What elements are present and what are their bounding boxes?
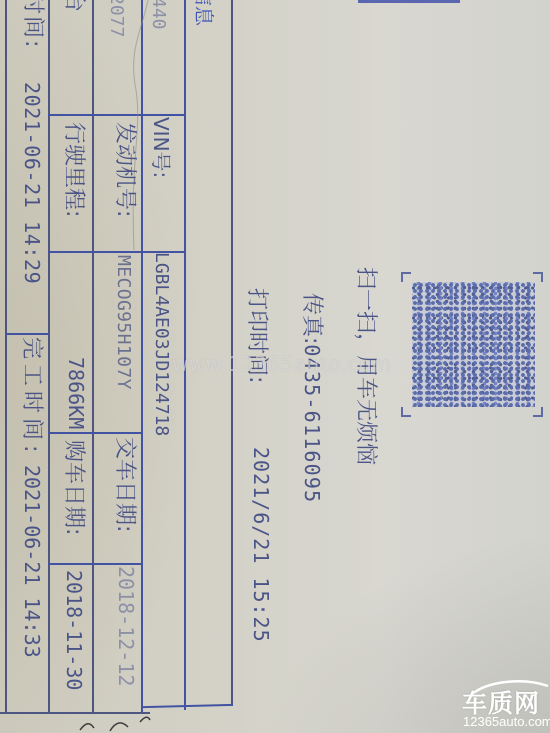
start-time-label: 时间: bbox=[19, 0, 45, 49]
qr-corner-mark bbox=[401, 407, 411, 417]
section-header: 信息 bbox=[191, 0, 217, 26]
fax-line: 传真:0435-6116095 bbox=[299, 293, 325, 503]
top-fragment-col-d: 440 bbox=[145, 0, 171, 30]
receipt-photo: 信息 440 VIN号: LGBL4AE03JD124718 2077 发动机号… bbox=[0, 0, 550, 733]
fax-label: 传真: bbox=[299, 293, 324, 344]
vin-value: LGBL4AE03JD124718 bbox=[148, 252, 174, 436]
purchase-date-label: 购车日期: bbox=[60, 440, 86, 535]
qr-corner-mark bbox=[401, 272, 411, 282]
delivery-date-value: 2018-12-12 bbox=[113, 566, 139, 686]
qr-corner-mark bbox=[533, 407, 543, 417]
qr-corner-mark bbox=[533, 272, 543, 282]
engine-number-label: 发动机号: bbox=[111, 122, 137, 217]
start-time-value: 2021-06-21 14:29 bbox=[19, 82, 45, 284]
top-fragment-col-b: 台 bbox=[60, 0, 86, 12]
print-time-value: 2021/6/21 15:25 bbox=[248, 447, 274, 643]
finish-time-value: 2021-06-21 14:33 bbox=[19, 465, 45, 658]
qr-code-icon bbox=[412, 282, 535, 407]
mileage-label: 行驶里程: bbox=[60, 122, 86, 217]
mileage-value: 7866KM bbox=[63, 357, 89, 429]
top-fragment-col-c: 2077 bbox=[103, 0, 129, 37]
finish-time-label: 完工时间: bbox=[18, 337, 44, 457]
site-watermark: www.12365auto.com bbox=[172, 352, 391, 376]
delivery-date-label: 交车日期: bbox=[111, 437, 137, 532]
purchase-date-value: 2018-11-30 bbox=[61, 570, 87, 690]
logo-url: 12365auto.com bbox=[463, 714, 550, 729]
engine-number-value: MECOG95H107Y bbox=[113, 255, 133, 390]
vin-label: VIN号: bbox=[148, 117, 174, 178]
